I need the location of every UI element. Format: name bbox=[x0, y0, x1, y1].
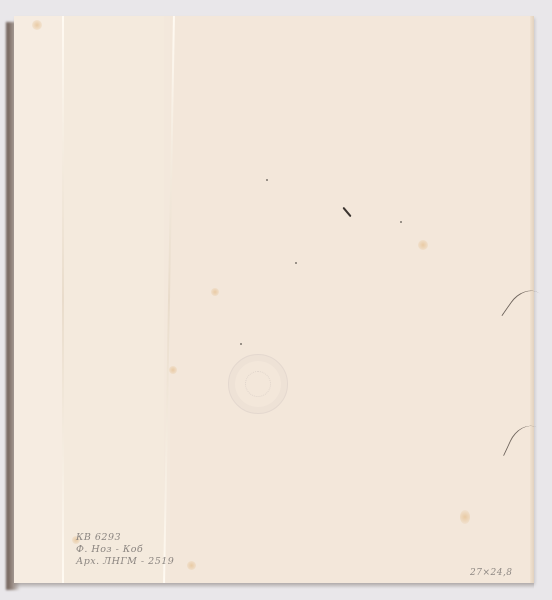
foxing-spot bbox=[418, 240, 428, 250]
sheet-bottom-shadow bbox=[14, 583, 534, 589]
ink-speck bbox=[295, 262, 297, 264]
circular-stamp bbox=[228, 354, 288, 414]
archive-reference: Арх. ЛНГМ - 2519 bbox=[76, 556, 174, 568]
foxing-spot bbox=[32, 20, 42, 30]
foxing-spot bbox=[187, 561, 196, 570]
left-fold-strip bbox=[14, 16, 63, 583]
foxing-spot bbox=[211, 288, 219, 296]
inner-fold-strip bbox=[62, 16, 164, 583]
stamp-center bbox=[245, 371, 271, 397]
dimensions-annotation: 27×24,8 bbox=[470, 568, 513, 578]
paper-sheet bbox=[14, 16, 534, 583]
main-paper-area bbox=[170, 16, 534, 583]
fund-reference: Ф. Ноз - Коб bbox=[76, 544, 174, 556]
inventory-number: КВ 6293 bbox=[76, 532, 174, 544]
foxing-spot bbox=[169, 366, 177, 374]
ink-speck bbox=[400, 221, 402, 223]
inventory-annotation: КВ 6293 Ф. Ноз - Коб Арх. ЛНГМ - 2519 bbox=[76, 532, 174, 568]
fold-crease-1 bbox=[62, 16, 64, 583]
ink-speck bbox=[266, 179, 268, 181]
ink-speck bbox=[240, 343, 242, 345]
foxing-spot bbox=[460, 510, 470, 524]
